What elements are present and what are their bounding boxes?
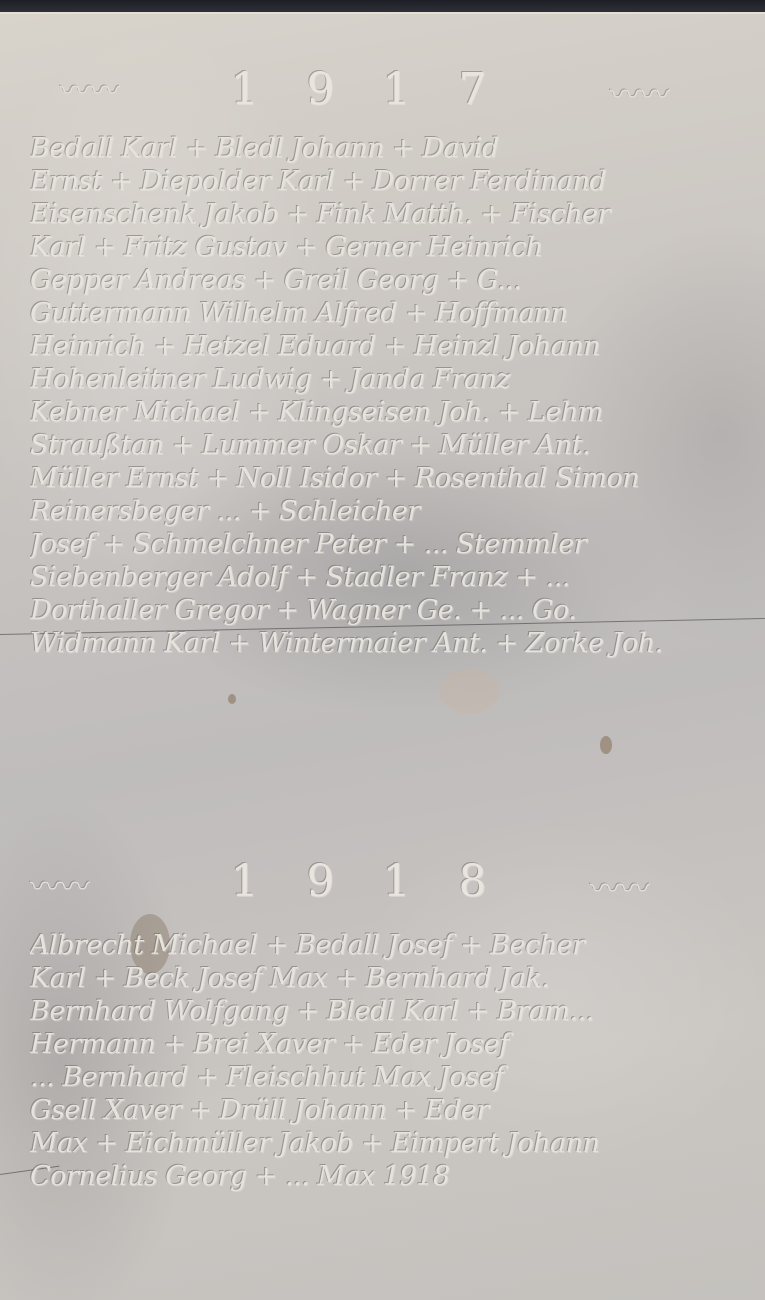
inscription-line: Josef + Schmelchner Peter + ... Stemmler [30,528,740,561]
inscription-line: Kebner Michael + Klingseisen Joh. + Lehm [30,396,740,429]
inscription-line: Karl + Beck Josef Max + Bernhard Jak. [30,962,740,995]
inscription-line: Dorthaller Gregor + Wagner Ge. + ... Go. [30,594,740,627]
inscription-line: Ernst + Diepolder Karl + Dorrer Ferdinan… [30,165,740,198]
inscription-line: Heinrich + Hetzel Eduard + Heinzl Johann [30,330,740,363]
inscription-line: Guttermann Wilhelm Alfred + Hoffmann [30,297,740,330]
inscription-line: Gepper Andreas + Greil Georg + G... [30,264,740,297]
inscription-line: Eisenschenk Jakob + Fink Matth. + Fische… [30,198,740,231]
ornamental-flourish-icon: 〰〰 [610,70,670,114]
year-heading-1918: 1918 [0,856,765,907]
inscription-line: Karl + Fritz Gustav + Gerner Heinrich [30,231,740,264]
inscription-line: Straußtan + Lummer Oskar + Müller Ant. [30,429,740,462]
stone-weathering-mark [228,694,236,704]
stone-weathering-mark [440,669,500,714]
inscription-line: Gsell Xaver + Drüll Johann + Eder [30,1094,740,1127]
inscription-line: ... Bernhard + Fleischhut Max Josef [30,1061,740,1094]
inscription-line: Albrecht Michael + Bedall Josef + Becher [30,929,740,962]
inscription-line: Max + Eichmüller Jakob + Eimpert Johann [30,1127,740,1160]
inscription-line: Bedall Karl + Bledl Johann + David [30,132,740,165]
inscription-line: Siebenberger Adolf + Stadler Franz + ... [30,561,740,594]
inscription-line: Hohenleitner Ludwig + Janda Franz [30,363,740,396]
names-list-1917: Bedall Karl + Bledl Johann + David Ernst… [30,132,740,660]
inscription-line: Müller Ernst + Noll Isidor + Rosenthal S… [30,462,740,495]
stone-weathering-mark [600,736,612,754]
inscription-line: Reinersbeger ... + Schleicher [30,495,740,528]
names-list-1918: Albrecht Michael + Bedall Josef + Becher… [30,929,740,1193]
inscription-line: Cornelius Georg + ... Max 1918 [30,1160,740,1193]
memorial-stone-tablet: 〰〰 1917 〰〰 Bedall Karl + Bledl Johann + … [0,12,765,1300]
ornamental-flourish-icon: 〰〰 [590,864,650,908]
inscription-line: Bernhard Wolfgang + Bledl Karl + Bram... [30,995,740,1028]
inscription-line: Widmann Karl + Wintermaier Ant. + Zorke … [30,627,740,660]
inscription-line: Hermann + Brei Xaver + Eder Josef [30,1028,740,1061]
